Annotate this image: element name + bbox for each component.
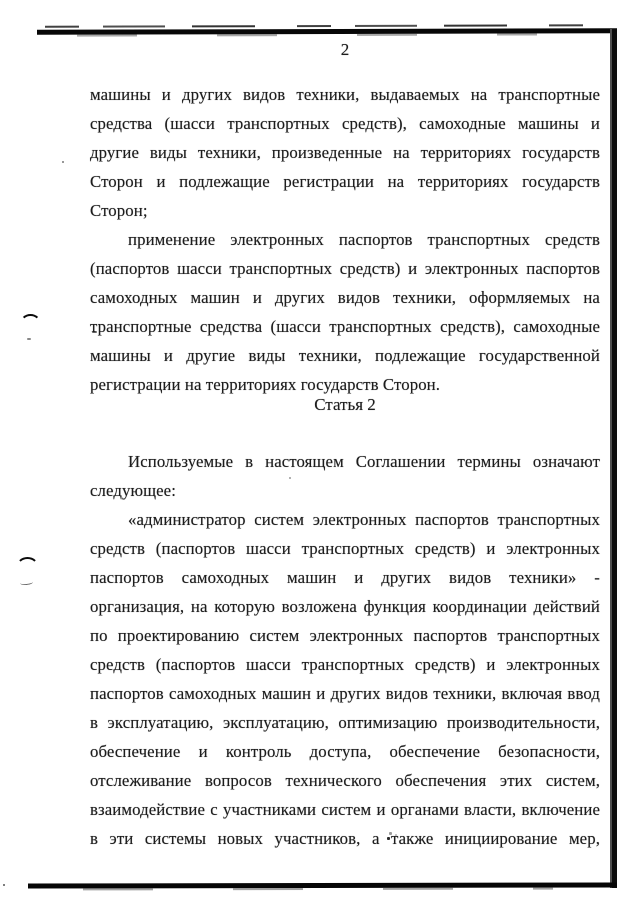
margin-arc-mark: [16, 557, 39, 578]
paragraph-application: применение электронных паспортов транспо…: [90, 225, 600, 399]
scanned-document-page: 2 машины и других видов техники, выдавае…: [0, 0, 640, 905]
paragraph-terms-intro: Используемые в настоящем Соглашении терм…: [90, 447, 600, 505]
paragraph-continued-from-previous-page: машины и других видов техники, выдаваемы…: [90, 80, 600, 225]
ink-speck: [62, 161, 64, 163]
body-text-block: машины и других видов техники, выдаваемы…: [90, 80, 600, 399]
article-heading: Статья 2: [90, 390, 600, 419]
scan-edge-right: [610, 29, 617, 888]
margin-dash-mark: [27, 338, 31, 340]
paragraph-administrator-definition: «администратор систем электронных паспор…: [90, 505, 600, 853]
scan-edge-top: [37, 28, 617, 35]
margin-squiggle-mark: [20, 579, 33, 585]
body-text-block: Используемые в настоящем Соглашении терм…: [90, 447, 600, 853]
margin-arc-mark: [20, 314, 41, 333]
scan-edge-bottom: [28, 882, 617, 888]
page-number: 2: [90, 40, 600, 60]
ink-speck: [3, 884, 5, 886]
